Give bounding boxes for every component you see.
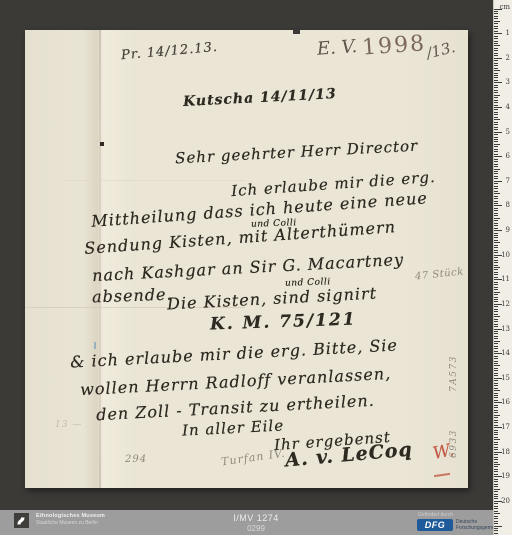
ruler-label: 20: [499, 497, 510, 505]
ruler-tick: [494, 324, 498, 325]
ruler-tick: [494, 247, 498, 248]
pencil-attribution: Turfan IV.: [220, 447, 286, 469]
fold-crease-horizontal-2: [65, 180, 245, 181]
ruler-tick: [494, 173, 498, 174]
ruler-tick: [494, 92, 498, 93]
ruler-tick: [494, 269, 498, 270]
ruler-tick: [494, 137, 498, 138]
ruler-tick: [494, 149, 498, 150]
blue-mark: [94, 342, 96, 349]
ruler-tick: [494, 410, 498, 411]
dfg-logo: DFG: [417, 519, 453, 531]
body-line: nach Kashgar an Sir G. Macartney: [92, 250, 405, 285]
red-paraph-underline: [434, 473, 450, 477]
ruler-tick: [494, 301, 498, 302]
ruler-tick: [494, 85, 498, 86]
ruler-tick: [494, 45, 500, 46]
ruler-tick: [494, 267, 500, 268]
ruler-label: 5: [499, 128, 510, 136]
ruler-tick: [494, 191, 498, 192]
ruler-tick: [494, 511, 498, 512]
ruler-tick: [494, 533, 498, 534]
ruler-tick: [494, 314, 498, 315]
ruler-label: 15: [499, 374, 510, 382]
ruler-tick: [494, 503, 498, 504]
dateline: Kutscha 14/11/13: [183, 86, 337, 110]
ruler-tick: [494, 127, 498, 128]
ruler-tick: [494, 523, 498, 524]
ruler-tick: [494, 23, 498, 24]
ruler-tick: [494, 484, 498, 485]
ruler-tick: [494, 363, 498, 364]
ruler-tick: [494, 90, 498, 91]
margin-note-pencil: 47 Stück: [415, 266, 465, 282]
ruler-tick: [494, 183, 498, 184]
ruler-tick: [494, 521, 498, 522]
ruler-tick: [494, 309, 498, 310]
ruler-tick: [494, 105, 498, 106]
ruler-tick: [494, 462, 498, 463]
ruler-label: 13: [499, 325, 510, 333]
ruler-tick: [494, 139, 498, 140]
ruler-tick: [494, 407, 498, 408]
ruler-tick: [494, 102, 498, 103]
stamp-script: E. V.: [316, 36, 358, 60]
ruler-tick: [494, 439, 500, 440]
ruler-tick: [494, 395, 498, 396]
ruler-tick: [494, 228, 498, 229]
ruler-tick: [494, 474, 498, 475]
ruler-tick: [494, 299, 498, 300]
ruler-tick: [494, 321, 498, 322]
ruler-tick: [494, 38, 498, 39]
ruler-label: 3: [499, 78, 510, 86]
ruler-tick: [494, 415, 500, 416]
ruler-tick: [494, 457, 498, 458]
ruler-tick: [494, 237, 498, 238]
ruler-tick: [494, 331, 498, 332]
ruler-tick: [494, 95, 500, 96]
ruler-tick: [494, 80, 498, 81]
ruler-unit-label: cm: [499, 3, 510, 11]
ruler-tick: [494, 265, 498, 266]
scan-page-number: 0299: [233, 524, 279, 533]
ruler-tick: [494, 48, 498, 49]
ruler-tick: [494, 481, 498, 482]
ruler-tick: [494, 53, 498, 54]
ruler-tick: [494, 388, 498, 389]
ruler-label: 4: [499, 103, 510, 111]
ruler-tick: [494, 122, 498, 123]
ruler-tick: [494, 235, 498, 236]
ruler-tick: [494, 430, 498, 431]
ruler-tick: [494, 287, 498, 288]
ruler-tick: [494, 109, 498, 110]
closing-line: In aller Eile: [182, 416, 285, 439]
ruler-tick: [494, 159, 498, 160]
entry-stamp: E. V. 1998 /13.: [316, 29, 456, 64]
ruler-tick: [494, 9, 502, 10]
ruler-tick: [494, 203, 498, 204]
ruler-tick: [494, 434, 498, 435]
ruler-tick: [494, 50, 498, 51]
ruler-tick: [494, 220, 498, 221]
ruler-label: 12: [499, 300, 510, 308]
scan-viewport: Pr. 14/12.13. E. V. 1998 /13. Kutscha 14…: [0, 0, 512, 535]
ruler-tick: [494, 425, 498, 426]
ruler-tick: [494, 245, 498, 246]
ruler-tick: [494, 432, 498, 433]
ruler-tick: [494, 262, 498, 263]
ruler-tick: [494, 370, 498, 371]
ruler-tick: [494, 257, 498, 258]
ruler-tick: [494, 36, 498, 37]
ruler-tick: [494, 417, 498, 418]
ruler-tick: [494, 146, 498, 147]
ruler-tick: [494, 513, 500, 514]
ruler-tick: [494, 193, 500, 194]
ruler-tick: [494, 518, 498, 519]
ruler-tick: [494, 282, 498, 283]
ruler-tick: [494, 141, 498, 142]
ruler-tick: [494, 272, 498, 273]
ruler-tick: [494, 385, 498, 386]
ruler-tick: [494, 528, 498, 529]
ruler-tick: [494, 164, 498, 165]
ruler-tick: [494, 496, 498, 497]
ruler-tick: [494, 346, 498, 347]
document-id: I/MV 1274: [233, 513, 279, 523]
ruler-tick: [494, 356, 498, 357]
ruler-tick: [494, 208, 498, 209]
ruler-label: 11: [499, 275, 510, 283]
ruler-tick: [494, 134, 498, 135]
shipping-mark: K. M. 75/121: [210, 309, 357, 334]
ruler-tick: [494, 18, 498, 19]
ruler-tick: [494, 375, 498, 376]
ruler-tick: [494, 444, 498, 445]
ruler-tick: [494, 338, 498, 339]
ruler-tick: [494, 316, 500, 317]
museum-name: Ethnologisches Museum: [36, 513, 105, 520]
ruler-tick: [494, 129, 498, 130]
ruler-tick: [494, 341, 500, 342]
vertical-archive-note: 7A573: [449, 355, 459, 392]
ruler-tick: [494, 117, 498, 118]
ruler-tick: [494, 60, 498, 61]
ruler-label: 16: [499, 398, 510, 406]
ruler-tick: [494, 144, 500, 145]
ruler-label: 6: [499, 152, 510, 160]
ruler-tick: [494, 176, 498, 177]
pencil-page-number: 294: [125, 454, 147, 465]
ruler-tick: [494, 530, 498, 531]
body-line: absende.: [92, 285, 173, 307]
ruler-tick: [494, 277, 498, 278]
ruler-label: 7: [499, 177, 510, 185]
ruler: cm 1234567891011121314151617181920: [493, 0, 512, 535]
ruler-tick: [494, 466, 498, 467]
ruler-tick: [494, 63, 498, 64]
ruler-tick: [494, 210, 498, 211]
vertical-archive-note: 6933: [449, 429, 459, 458]
ruler-tick: [494, 21, 500, 22]
ruler-tick: [494, 361, 498, 362]
pencil-faint-note: 13 —: [55, 420, 82, 430]
ruler-tick: [494, 100, 498, 101]
ruler-tick: [494, 225, 498, 226]
ruler-tick: [494, 260, 498, 261]
ruler-tick: [494, 319, 498, 320]
museum-subtitle: Staatliche Museen zu Berlin: [36, 520, 105, 526]
ruler-tick: [494, 447, 498, 448]
ruler-tick: [494, 196, 498, 197]
ruler-tick: [494, 73, 498, 74]
ruler-tick: [494, 343, 498, 344]
ruler-tick: [494, 471, 498, 472]
ruler-tick: [494, 178, 498, 179]
ruler-tick: [494, 479, 498, 480]
ruler-label: 17: [499, 423, 510, 431]
ruler-tick: [494, 526, 502, 527]
ruler-tick: [494, 250, 498, 251]
salutation: Sehr geehrter Herr Director: [175, 137, 419, 168]
ruler-tick: [494, 390, 500, 391]
letter-page: Pr. 14/12.13. E. V. 1998 /13. Kutscha 14…: [25, 30, 468, 488]
ruler-tick: [494, 213, 498, 214]
ruler-tick: [494, 252, 498, 253]
ruler-tick: [494, 498, 498, 499]
ruler-tick: [494, 420, 498, 421]
ruler-tick: [494, 274, 498, 275]
ruler-tick: [494, 459, 498, 460]
ruler-tick: [494, 494, 498, 495]
ruler-label: 14: [499, 349, 510, 357]
ruler-tick: [494, 351, 498, 352]
document-reference: I/MV 1274 0299: [233, 513, 279, 533]
ruler-tick: [494, 449, 498, 450]
ruler-tick: [494, 55, 498, 56]
ruler-tick: [494, 215, 498, 216]
paper-edge-notch: [293, 30, 300, 34]
ruler-tick: [494, 188, 498, 189]
ruler-tick: [494, 240, 498, 241]
ruler-tick: [494, 284, 498, 285]
ruler-tick: [494, 489, 500, 490]
ruler-tick: [494, 75, 498, 76]
ruler-tick: [494, 294, 498, 295]
ruler-tick: [494, 333, 498, 334]
ruler-tick: [494, 311, 498, 312]
ruler-tick: [494, 380, 498, 381]
ruler-tick: [494, 70, 500, 71]
ruler-tick: [494, 166, 498, 167]
ruler-tick: [494, 31, 498, 32]
ruler-tick: [494, 368, 498, 369]
ruler-tick: [494, 326, 498, 327]
ruler-tick: [494, 43, 498, 44]
ruler-tick: [494, 16, 498, 17]
ruler-tick: [494, 41, 498, 42]
ruler-tick: [494, 186, 498, 187]
ruler-tick: [494, 508, 498, 509]
ruler-tick: [494, 437, 498, 438]
footer-bar: Ethnologisches Museum Staatliche Museen …: [0, 510, 512, 535]
ruler-tick: [494, 26, 498, 27]
ruler-tick: [494, 11, 498, 12]
ruler-tick: [494, 151, 498, 152]
ruler-tick: [494, 365, 500, 366]
ruler-tick: [494, 297, 498, 298]
ruler-tick: [494, 233, 498, 234]
ruler-tick: [494, 383, 498, 384]
ruler-tick: [494, 124, 498, 125]
ruler-tick: [494, 464, 500, 465]
ruler-tick: [494, 469, 498, 470]
ruler-tick: [494, 486, 498, 487]
ruler-tick: [494, 223, 498, 224]
ruler-tick: [494, 242, 500, 243]
ruler-tick: [494, 412, 498, 413]
ruler-tick: [494, 358, 498, 359]
ruler-tick: [494, 112, 498, 113]
museum-logo-icon: [14, 513, 29, 528]
ruler-tick: [494, 65, 498, 66]
ruler-tick: [494, 161, 498, 162]
ruler-label: 18: [499, 448, 510, 456]
ruler-tick: [494, 154, 498, 155]
ink-dot: [100, 142, 104, 146]
ruler-tick: [494, 218, 500, 219]
registry-note: Pr. 14/12.13.: [121, 40, 219, 63]
ruler-tick: [494, 397, 498, 398]
ruler-tick: [494, 400, 498, 401]
ruler-tick: [494, 373, 498, 374]
ruler-tick: [494, 28, 498, 29]
ruler-tick: [494, 348, 498, 349]
ruler-tick: [494, 171, 498, 172]
ruler-tick: [494, 68, 498, 69]
ruler-tick: [494, 306, 498, 307]
ruler-label: 8: [499, 201, 510, 209]
ruler-label: 10: [499, 251, 510, 259]
ruler-tick: [494, 516, 498, 517]
ruler-tick: [494, 442, 498, 443]
ruler-tick: [494, 114, 498, 115]
ruler-tick: [494, 454, 498, 455]
museum-branding: Ethnologisches Museum Staatliche Museen …: [14, 513, 105, 528]
ruler-tick: [494, 292, 500, 293]
ruler-tick: [494, 506, 498, 507]
ruler-tick: [494, 87, 498, 88]
stamp-fraction: /13.: [425, 38, 457, 62]
ruler-tick: [494, 491, 498, 492]
ruler-tick: [494, 393, 498, 394]
ruler-tick: [494, 119, 500, 120]
ruler-tick: [494, 77, 498, 78]
ruler-label: 9: [499, 226, 510, 234]
stamp-number: 1998: [361, 31, 427, 60]
ruler-tick: [494, 13, 498, 14]
ruler-tick: [494, 169, 500, 170]
ruler-tick: [494, 405, 498, 406]
ruler-tick: [494, 336, 498, 337]
ruler-label: 2: [499, 54, 510, 62]
ruler-tick: [494, 422, 498, 423]
ruler-tick: [494, 289, 498, 290]
ruler-tick: [494, 198, 498, 199]
ruler-tick: [494, 201, 498, 202]
museum-text: Ethnologisches Museum Staatliche Museen …: [36, 513, 105, 526]
ruler-tick: [494, 97, 498, 98]
ruler-label: 19: [499, 472, 510, 480]
ruler-label: 1: [499, 29, 510, 37]
